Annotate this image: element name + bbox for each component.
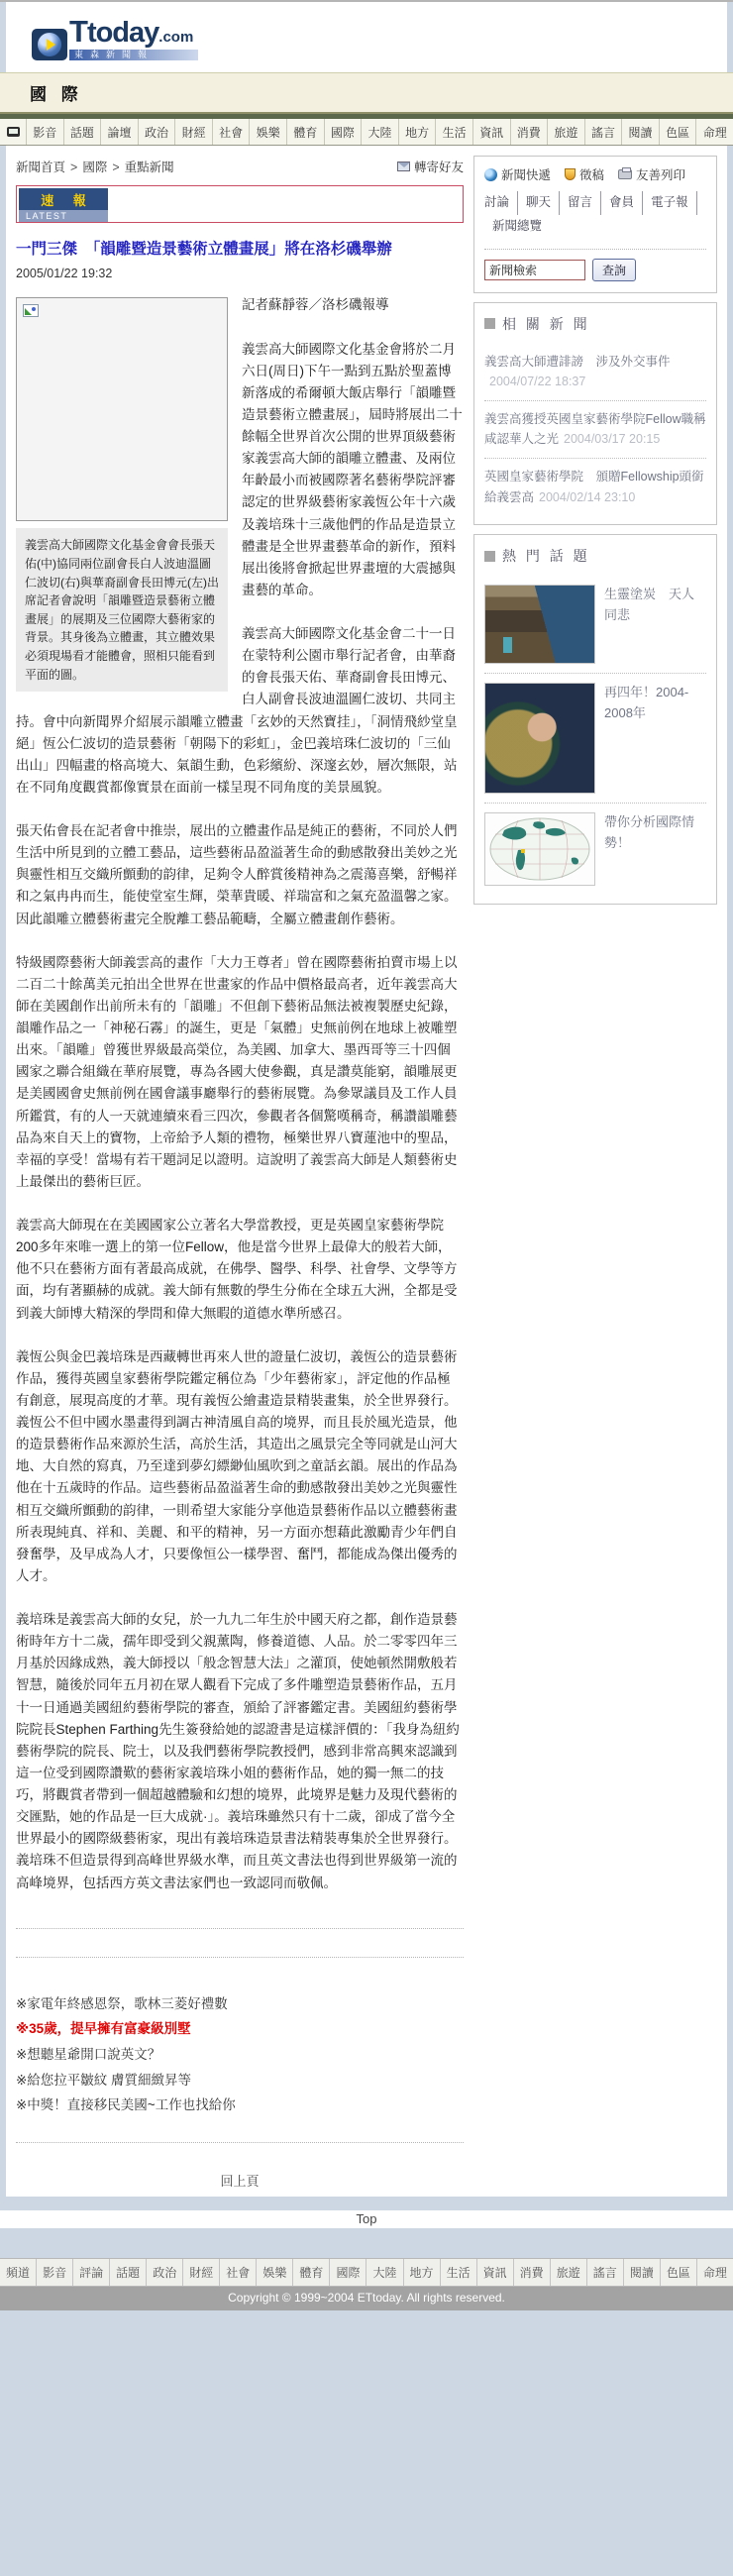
hot-topics-header: 熱 門 話 題 <box>484 544 706 576</box>
divider-dotted <box>484 249 706 250</box>
breadcrumb-separator: > <box>70 161 77 174</box>
world-map-image <box>484 812 595 886</box>
top-nav-tab[interactable]: 色區 <box>660 119 697 145</box>
top-nav-tab[interactable]: 地方 <box>399 119 437 145</box>
article-figure: 義雲高大師國際文化基金會會長張天佑(中)協同兩位副會長白人波迪溫圖仁波切(右)與… <box>16 297 228 692</box>
article-image-broken <box>16 297 228 521</box>
hot-topic-label: 帶你分析國際情勢！ <box>604 812 706 886</box>
top-row: Top <box>0 2210 733 2228</box>
divider-dotted <box>16 1957 464 1958</box>
top-nav-tab[interactable]: 消費 <box>511 119 549 145</box>
submit-article-label: 徵稿 <box>579 165 604 183</box>
footer-nav-item[interactable]: 頻道 <box>0 2259 37 2286</box>
member-link[interactable]: 新聞總覽 <box>484 215 550 239</box>
tsunami-photo <box>484 585 595 664</box>
breadcrumb-highlights[interactable]: 重點新聞 <box>125 161 174 174</box>
article-paragraph: 義恆公與金巴義培珠是西藏轉世再來人世的證量仁波切，義恆公的造景藝術作品，獲得英國… <box>16 1346 464 1587</box>
footer-nav-item[interactable]: 生活 <box>441 2259 477 2286</box>
footer-nav-item[interactable]: 政治 <box>147 2259 183 2286</box>
top-nav-tab[interactable]: 話題 <box>64 119 102 145</box>
news-express-label: 新聞快遞 <box>501 165 551 183</box>
play-icon <box>47 39 55 51</box>
footer-nav-item[interactable]: 閱讀 <box>624 2259 661 2286</box>
broken-image-icon <box>23 304 39 317</box>
top-nav-tab[interactable]: 國際 <box>325 119 363 145</box>
footer-nav-item[interactable]: 謠言 <box>587 2259 624 2286</box>
tools-box: 新聞快遞 徵稿 友善列印 討論聊天留言會員電子報新聞總覽 <box>473 156 717 293</box>
ettoday-logo[interactable]: Ttoday.com 東森新聞報 <box>32 16 198 60</box>
hot-topic-label: 生靈塗炭 天人同悲 <box>604 585 706 664</box>
hot-topic-item-bush[interactable]: 再四年！2004-2008年 <box>484 674 706 804</box>
related-news-item: 義雲高獲授英國皇家藝術學院Fellow職稱 咸認華人之光2004/03/17 2… <box>484 401 706 459</box>
back-to-top-link[interactable]: Top <box>357 2211 377 2226</box>
footer-nav-item[interactable]: 體育 <box>293 2259 330 2286</box>
footer-nav-item[interactable]: 社會 <box>220 2259 257 2286</box>
logo-text: Ttoday.com 東森新聞報 <box>69 16 198 60</box>
top-nav-tab[interactable]: 生活 <box>436 119 473 145</box>
article-body: 義雲高大師國際文化基金會會長張天佑(中)協同兩位副會長白人波迪溫圖仁波切(右)與… <box>16 294 464 1893</box>
latest-badge-cn: 速 報 <box>19 188 108 210</box>
forward-to-friend-link[interactable]: 轉寄好友 <box>397 158 464 175</box>
top-nav-tab[interactable]: 大陸 <box>362 119 399 145</box>
hot-topics-box: 熱 門 話 題 生靈塗炭 天人同悲 再四年！2004-2008年 <box>473 534 717 905</box>
forward-to-friend-label: 轉寄好友 <box>414 158 464 175</box>
back-to-previous-link[interactable]: 回上頁 <box>220 2174 259 2189</box>
top-nav-tab[interactable]: 資訊 <box>473 119 511 145</box>
breadcrumb-separator: > <box>112 161 119 174</box>
envelope-icon <box>397 161 410 171</box>
ettoday-logo-icon <box>32 29 67 60</box>
submit-article-link[interactable]: 徵稿 <box>565 165 604 183</box>
footer-nav-item[interactable]: 資訊 <box>477 2259 514 2286</box>
member-link[interactable]: 聊天 <box>518 191 560 215</box>
sidebar: 新聞快遞 徵稿 友善列印 討論聊天留言會員電子報新聞總覽 <box>473 156 717 2197</box>
hot-topics-title: 熱 門 話 題 <box>502 546 590 566</box>
square-bullet-icon <box>484 551 495 562</box>
footer-nav-item[interactable]: 大陸 <box>366 2259 403 2286</box>
top-nav-tab[interactable]: 財經 <box>175 119 213 145</box>
tools-row: 新聞快遞 徵稿 友善列印 <box>484 165 706 191</box>
related-news-title: 相 關 新 聞 <box>502 314 590 334</box>
globe-icon <box>484 168 497 181</box>
page: Ttoday.com 東森新聞報 國 際 影音話題論壇政治財經社會娛樂體育國際大… <box>0 0 733 2576</box>
top-nav-tab[interactable]: 命理 <box>696 119 733 145</box>
promo-links: ※家電年終感恩祭，歌林三菱好禮數 ※35歲，提早擁有富豪級別墅 ※想聽星爺開口說… <box>16 1986 464 2122</box>
member-links: 討論聊天留言會員電子報新聞總覽 <box>484 191 706 247</box>
content-area: 新聞首頁>國際>重點新聞 轉寄好友 速 報 LATEST 一門三傑 「韻雕暨造景… <box>6 146 727 2197</box>
section-band: 國 際 <box>0 72 733 114</box>
footer-nav-item[interactable]: 地方 <box>404 2259 441 2286</box>
article-paragraph: 特級國際藝術大師義雲高的畫作「大力王尊者」曾在國際藝術拍賣市場上以二百二十餘萬美… <box>16 952 464 1193</box>
world-map-graphic <box>488 816 591 882</box>
medal-icon <box>565 168 576 180</box>
member-link[interactable]: 留言 <box>560 191 601 215</box>
top-nav-tab[interactable]: 影音 <box>27 119 64 145</box>
page-title: 國 際 <box>30 85 83 104</box>
search-button[interactable]: 查詢 <box>592 259 636 281</box>
square-bullet-icon <box>484 318 495 329</box>
promo-link[interactable]: ※給您拉平皺紋 膚質細緻昇等 <box>16 2068 464 2093</box>
top-nav-tab[interactable]: 社會 <box>213 119 251 145</box>
bush-portrait-photo <box>484 683 595 794</box>
article-paragraph: 張天佑會長在記者會中推崇，展出的立體畫作品是純正的藝術，不同於人們生活中所見到的… <box>16 820 464 930</box>
search-row: 查詢 <box>484 259 706 283</box>
printer-icon <box>618 169 632 179</box>
member-link[interactable]: 討論 <box>484 191 518 215</box>
latest-box: 速 報 LATEST <box>16 185 464 223</box>
logo-wordmark: Ttoday.com <box>69 29 193 46</box>
member-link[interactable]: 會員 <box>601 191 643 215</box>
print-friendly-label: 友善列印 <box>636 165 685 183</box>
hot-topic-label: 再四年！2004-2008年 <box>604 683 706 794</box>
related-news-item: 英國皇家藝術學院 頒贈Fellowship頭銜給義雲高2004/02/14 23… <box>484 459 706 515</box>
hot-topic-item-world[interactable]: 帶你分析國際情勢！ <box>484 804 706 895</box>
monitor-icon[interactable] <box>0 119 27 145</box>
footer-nav-item[interactable]: 旅遊 <box>551 2259 587 2286</box>
related-news-header: 相 關 新 聞 <box>484 312 706 344</box>
footer-nav-item[interactable]: 命理 <box>697 2259 733 2286</box>
logo-subtitle: 東森新聞報 <box>69 50 198 60</box>
print-friendly-link[interactable]: 友善列印 <box>618 165 685 183</box>
top-nav-tab[interactable]: 閱讀 <box>622 119 660 145</box>
article-paragraph: 義培珠是義雲高大師的女兒，於一九九二年生於中國天府之都，創作造景藝術時年方十二歲… <box>16 1609 464 1894</box>
related-news-link[interactable]: 義雲高大師遭誹謗 涉及外交事件 <box>484 355 671 369</box>
member-link[interactable]: 電子報 <box>643 191 697 215</box>
logo-com: .com <box>158 29 193 46</box>
footer-nav-item[interactable]: 財經 <box>183 2259 220 2286</box>
article-title: 一門三傑 「韻雕暨造景藝術立體畫展」將在洛杉磯舉辦 <box>16 239 464 261</box>
top-nav-tab[interactable]: 論壇 <box>101 119 139 145</box>
logo-today: today <box>87 17 158 49</box>
related-news-time: 2004/02/14 23:10 <box>539 490 635 504</box>
top-nav-tab[interactable]: 政治 <box>139 119 176 145</box>
footer-nav-item[interactable]: 娛樂 <box>257 2259 293 2286</box>
divider-dotted <box>16 1928 464 1929</box>
related-news-item: 義雲高大師遭誹謗 涉及外交事件2004/07/22 18:37 <box>484 344 706 401</box>
article-image-caption: 義雲高大師國際文化基金會會長張天佑(中)協同兩位副會長白人波迪溫圖仁波切(右)與… <box>16 528 228 692</box>
related-news-list: 義雲高大師遭誹謗 涉及外交事件2004/07/22 18:37 義雲高獲授英國皇… <box>484 344 706 516</box>
divider-dotted <box>16 2142 464 2143</box>
top-nav-tab[interactable]: 體育 <box>287 119 325 145</box>
main-column: 新聞首頁>國際>重點新聞 轉寄好友 速 報 LATEST 一門三傑 「韻雕暨造景… <box>16 156 464 2197</box>
site-header: Ttoday.com 東森新聞報 <box>6 2 727 72</box>
logo-t: T <box>69 14 87 49</box>
footer-nav-item[interactable]: 消費 <box>514 2259 551 2286</box>
crumb-row: 新聞首頁>國際>重點新聞 轉寄好友 <box>16 156 464 183</box>
breadcrumb-home[interactable]: 新聞首頁 <box>16 161 65 174</box>
article-date: 2005/01/22 19:32 <box>16 267 464 280</box>
back-row: 回上頁 <box>16 2171 464 2191</box>
top-nav-tab[interactable]: 娛樂 <box>250 119 287 145</box>
news-express-link[interactable]: 新聞快遞 <box>484 165 551 183</box>
promo-link[interactable]: ※中獎！直接移民美國~工作也找給你 <box>16 2093 464 2118</box>
footer-nav: 頻道影音評論話題政治財經社會娛樂體育國際大陸地方生活資訊消費旅遊謠言閱讀色區命理 <box>0 2258 733 2287</box>
news-search-input[interactable] <box>484 260 585 280</box>
monitor-glyph <box>7 127 20 137</box>
related-news-time: 2004/03/17 20:15 <box>564 432 660 446</box>
article-paragraph: 義雲高大師現在在美國國家公立著名大學當教授，更是英國皇家藝術學院200多年來唯一… <box>16 1215 464 1325</box>
footer-nav-item[interactable]: 影音 <box>37 2259 73 2286</box>
footer-nav-item[interactable]: 評論 <box>73 2259 110 2286</box>
top-nav-tabs: 影音話題論壇政治財經社會娛樂體育國際大陸地方生活資訊消費旅遊謠言閱讀色區命理 <box>27 119 733 145</box>
promo-link-highlight[interactable]: ※35歲，提早擁有富豪級別墅 <box>16 2016 464 2042</box>
related-news-time: 2004/07/22 18:37 <box>489 375 585 388</box>
promo-link[interactable]: ※家電年終感恩祭，歌林三菱好禮數 <box>16 1991 464 2017</box>
related-news-box: 相 關 新 聞 義雲高大師遭誹謗 涉及外交事件2004/07/22 18:37 … <box>473 302 717 526</box>
breadcrumb-international[interactable]: 國際 <box>82 161 107 174</box>
top-nav: 影音話題論壇政治財經社會娛樂體育國際大陸地方生活資訊消費旅遊謠言閱讀色區命理 <box>0 119 733 146</box>
footer-nav-item[interactable]: 色區 <box>661 2259 697 2286</box>
breadcrumb: 新聞首頁>國際>重點新聞 <box>16 158 174 175</box>
top-nav-tab[interactable]: 謠言 <box>585 119 623 145</box>
footer-nav-item[interactable]: 國際 <box>330 2259 366 2286</box>
promo-link[interactable]: ※想聽星爺開口說英文？ <box>16 2042 464 2068</box>
logo-ring <box>38 33 61 56</box>
latest-badge: 速 報 LATEST <box>19 188 108 222</box>
hot-topic-item-tsunami[interactable]: 生靈塗炭 天人同悲 <box>484 576 706 674</box>
latest-badge-en: LATEST <box>19 210 108 222</box>
footer-nav-item[interactable]: 話題 <box>110 2259 147 2286</box>
top-nav-tab[interactable]: 旅遊 <box>548 119 585 145</box>
copyright-notice: Copyright © 1999~2004 ETtoday. All right… <box>0 2287 733 2310</box>
